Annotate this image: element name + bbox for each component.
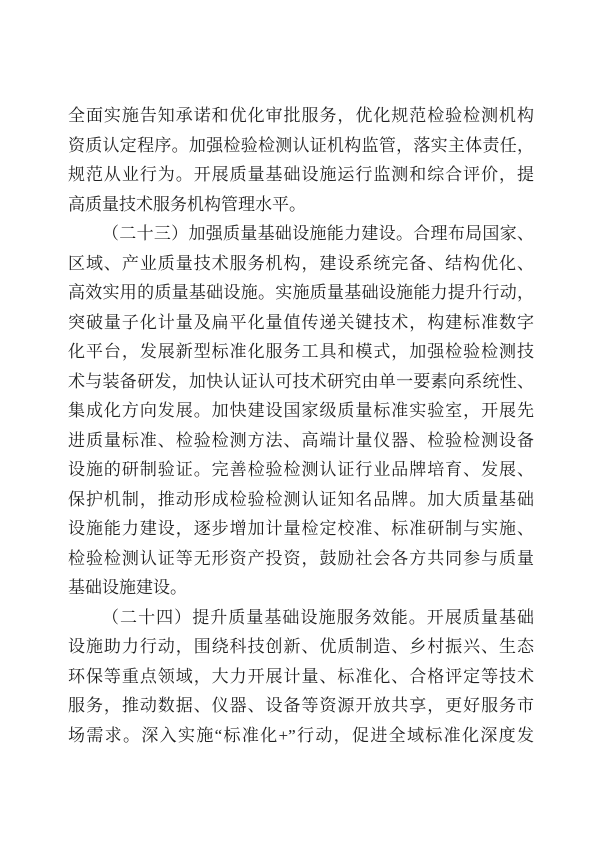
text-line: 设施的研制验证。完善检验检测认证行业品牌培育、发展、 (68, 455, 534, 485)
text-line: 服务，推动数据、仪器、设备等资源开放共享，更好服务市 (68, 691, 534, 721)
text-line: 资质认定程序。加强检验检测认证机构监管，落实主体责任， (68, 131, 534, 161)
paragraph-item-23: （二十三）加强质量基础设施能力建设。合理布局国家、 区域、产业质量技术服务机构，… (68, 219, 534, 603)
text-line: 集成化方向发展。加快建设国家级质量标准实验室，开展先 (68, 396, 534, 426)
text-line: 区域、产业质量技术服务机构，建设系统完备、结构优化、 (68, 249, 534, 279)
paragraph-continuation: 全面实施告知承诺和优化审批服务，优化规范检验检测机构 资质认定程序。加强检验检测… (68, 101, 534, 219)
text-line: 高效实用的质量基础设施。实施质量基础设施能力提升行动， (68, 278, 534, 308)
paragraph-item-24: （二十四）提升质量基础设施服务效能。开展质量基础 设施助力行动，围绕科技创新、优… (68, 603, 534, 751)
text-line: 设施能力建设，逐步增加计量检定校准、标准研制与实施、 (68, 514, 534, 544)
text-line: 化平台，发展新型标准化服务工具和模式，加强检验检测技 (68, 337, 534, 367)
text-line: 环保等重点领域，大力开展计量、标准化、合格评定等技术 (68, 662, 534, 692)
text-line: 高质量技术服务机构管理水平。 (68, 190, 534, 220)
document-text: 全面实施告知承诺和优化审批服务，优化规范检验检测机构 资质认定程序。加强检验检测… (68, 101, 534, 750)
document-page: 全面实施告知承诺和优化审批服务，优化规范检验检测机构 资质认定程序。加强检验检测… (0, 0, 600, 848)
text-line: （二十三）加强质量基础设施能力建设。合理布局国家、 (68, 219, 534, 249)
text-line: 保护机制，推动形成检验检测认证知名品牌。加大质量基础 (68, 485, 534, 515)
text-line: 检验检测认证等无形资产投资，鼓励社会各方共同参与质量 (68, 544, 534, 574)
text-line: 基础设施建设。 (68, 573, 534, 603)
text-line: 规范从业行为。开展质量基础设施运行监测和综合评价，提 (68, 160, 534, 190)
text-line: 全面实施告知承诺和优化审批服务，优化规范检验检测机构 (68, 101, 534, 131)
text-line: 场需求。深入实施“标准化+”行动，促进全域标准化深度发 (68, 721, 534, 751)
text-line: 进质量标准、检验检测方法、高端计量仪器、检验检测设备 (68, 426, 534, 456)
text-line: 术与装备研发，加快认证认可技术研究由单一要素向系统性、 (68, 367, 534, 397)
text-line: 突破量子化计量及扁平化量值传递关键技术，构建标准数字 (68, 308, 534, 338)
text-line: （二十四）提升质量基础设施服务效能。开展质量基础 (68, 603, 534, 633)
text-line: 设施助力行动，围绕科技创新、优质制造、乡村振兴、生态 (68, 632, 534, 662)
